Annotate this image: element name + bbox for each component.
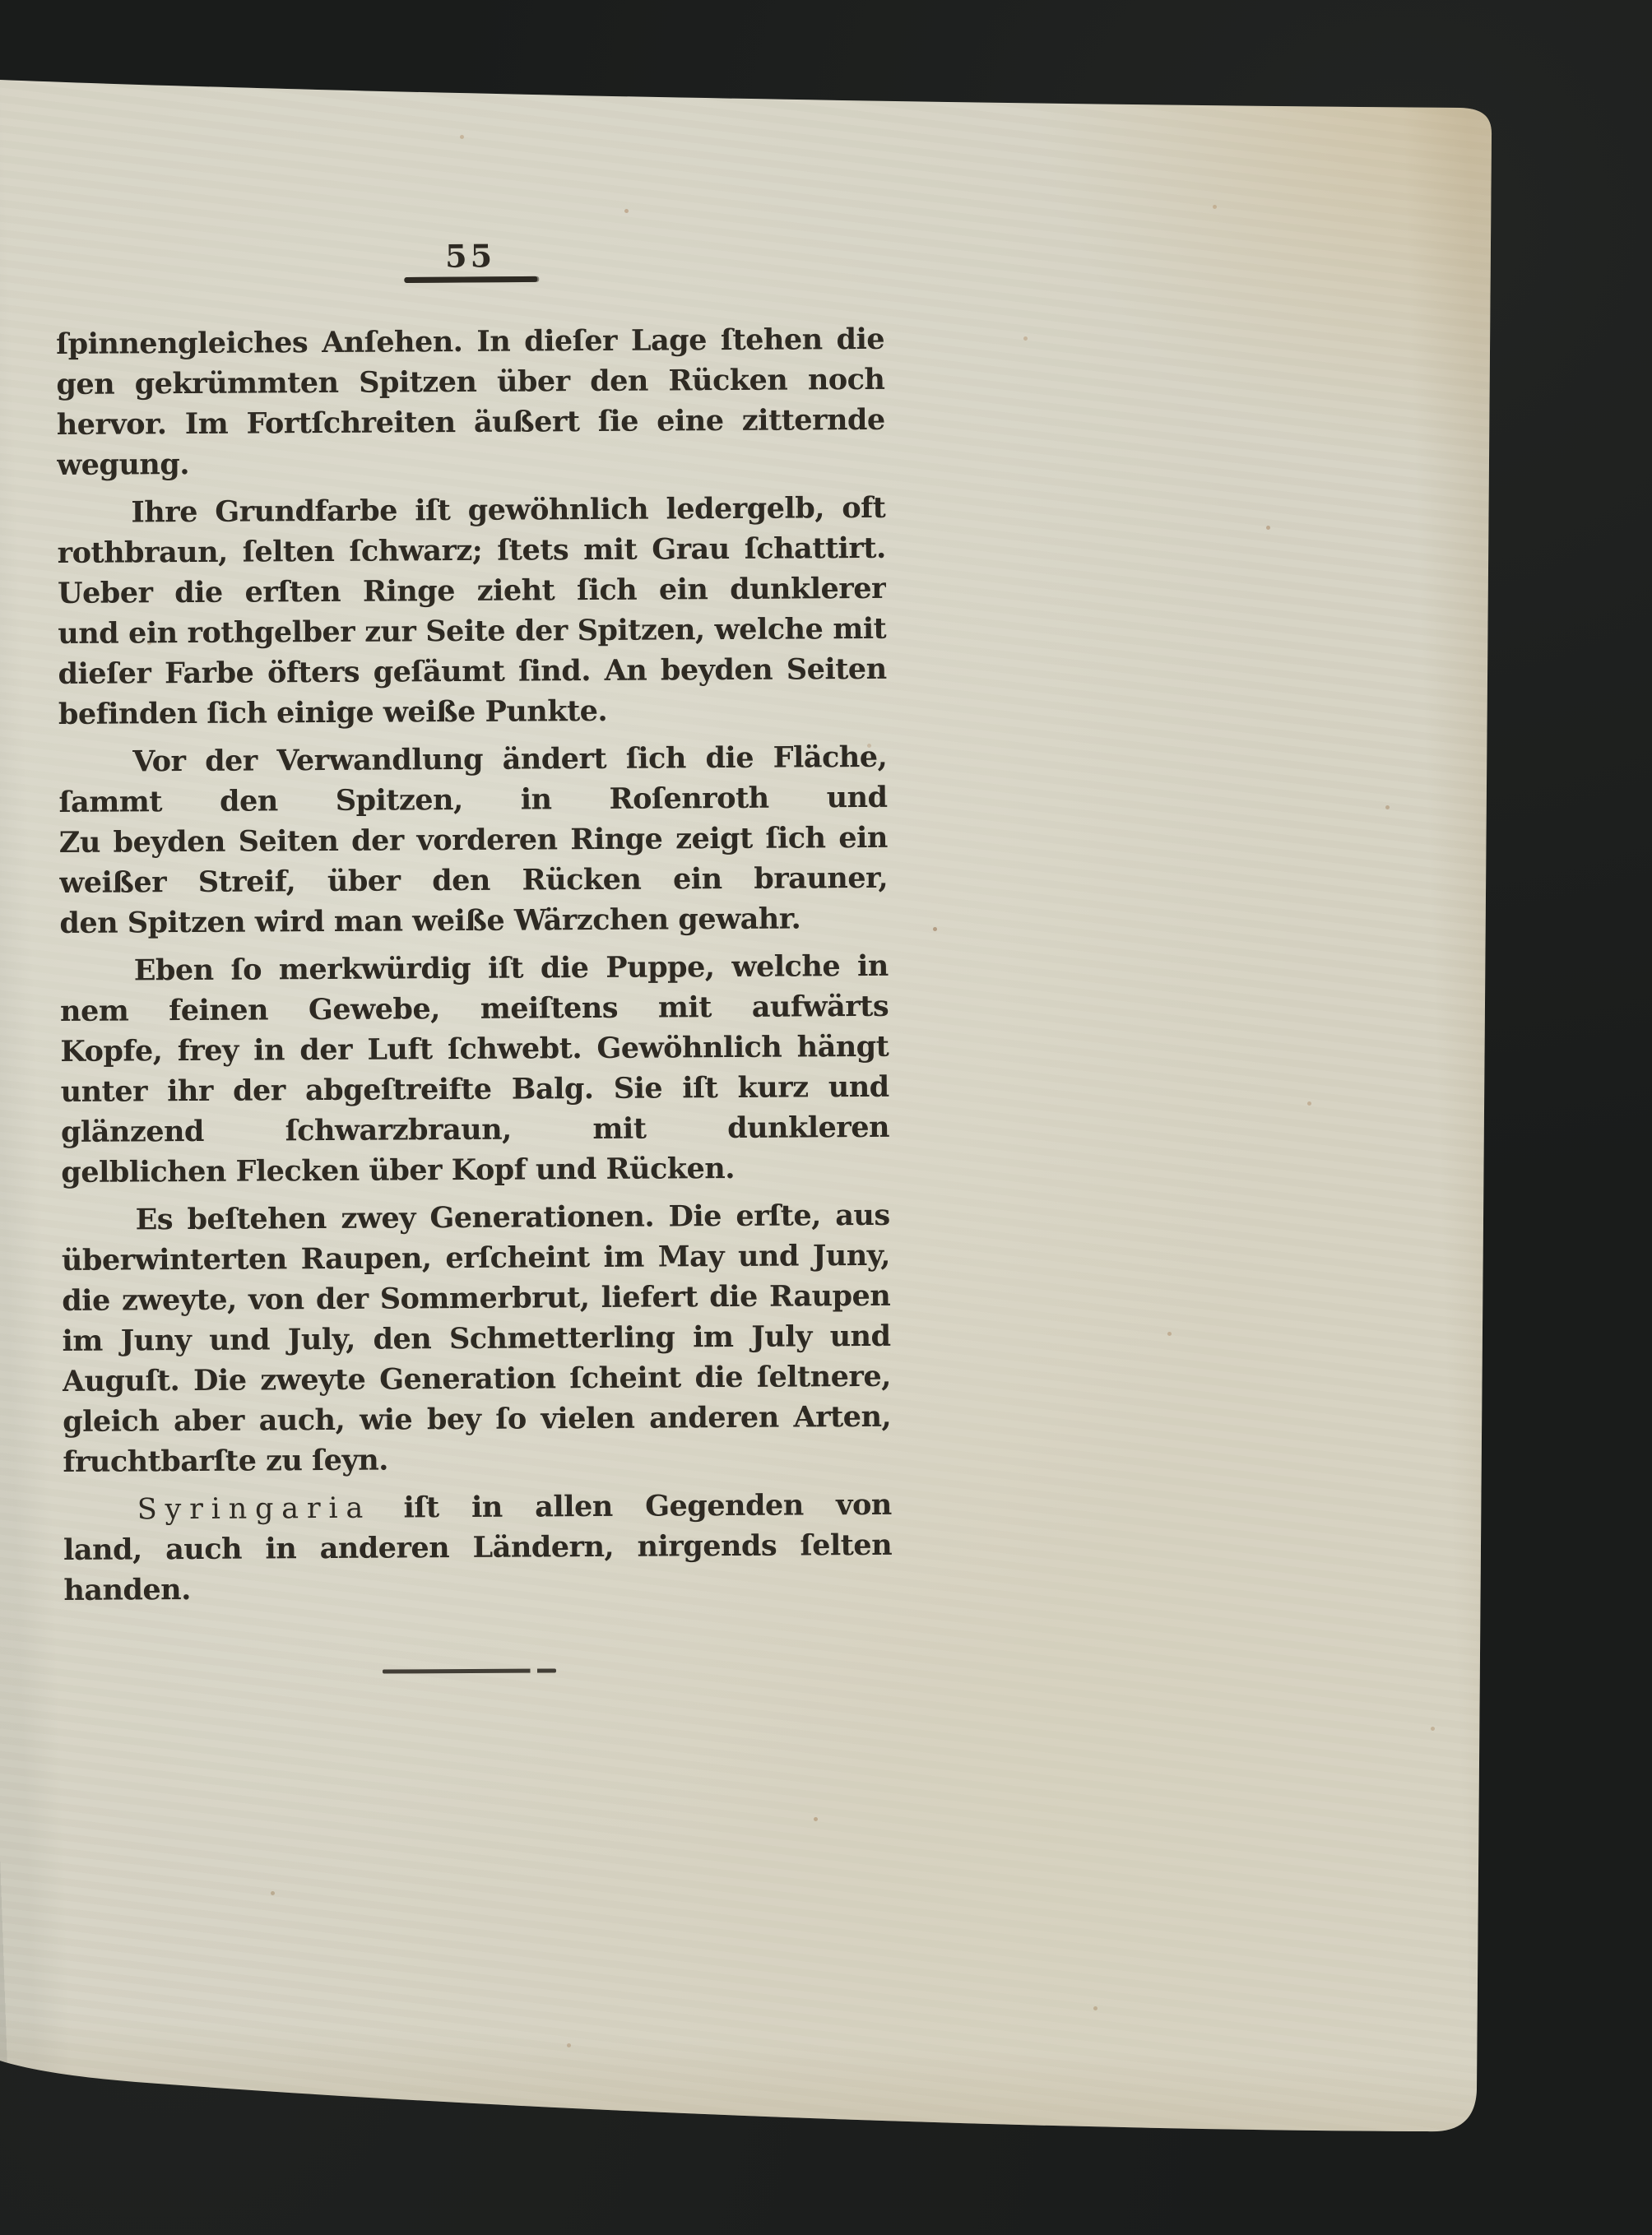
text-line: gelblichen Flecken über Kopf und Rücken. — [61, 1148, 889, 1193]
text-line: Ihre Grundfarbe iſt gewöhnlich ledergelb… — [57, 488, 885, 533]
text-line: hervor. Im Fortſchreiten äußert ſie eine… — [57, 400, 885, 445]
text-line: Ueber die erſten Ringe zieht ſich ein du… — [58, 568, 886, 614]
paper-specks — [0, 0, 2, 2]
text-line: und ein rothgelber zur Seite der Spitzen… — [58, 609, 886, 654]
page-header: 55 — [56, 238, 884, 285]
text-line: fruchtbarſte zu ſeyn. — [63, 1437, 891, 1482]
text-line: überwinterten Raupen, erſcheint im May u… — [62, 1236, 890, 1281]
text-line: Syringaria iſt in allen Gegenden von Deu… — [63, 1485, 892, 1530]
paragraph: ſpinnengleiches Anſehen. In dieſer Lage … — [56, 319, 885, 485]
section-divider — [383, 1668, 556, 1673]
text-line: glänzend ſchwarzbraun, mit dunkleren Sch… — [61, 1107, 889, 1152]
text-line: rothbraun, ſelten ſchwarz; ſtets mit Gra… — [58, 528, 886, 573]
text-line: Vor der Verwandlung ändert ſich die Fläc… — [58, 737, 887, 782]
text-line: dieſer Farbe öfters geſäumt ſind. An bey… — [58, 649, 886, 694]
page-number: 55 — [56, 238, 884, 275]
text-line: ſpinnengleiches Anſehen. In dieſer Lage … — [56, 319, 884, 364]
text-line: den Spitzen wird man weiße Wärzchen gewa… — [59, 898, 888, 944]
text-line: gleich aber auch, wie bey ſo vielen ande… — [63, 1397, 891, 1442]
text-line: nem feinen Gewebe, meiſtens mit aufwärts… — [60, 986, 889, 1032]
text-line: land, auch in anderen Ländern, nirgends … — [63, 1525, 892, 1570]
page-number-rule — [404, 276, 537, 283]
text-line: gen gekrümmten Spitzen über den Rücken n… — [56, 359, 884, 405]
text-line: Es beſtehen zwey Generationen. Die erſte… — [62, 1195, 890, 1240]
text-line: ſammt den Spitzen, in Roſenroth und Pome… — [58, 777, 887, 823]
paragraph: Eben ſo merkwürdig iſt die Puppe, welche… — [60, 946, 890, 1193]
species-name: Syringaria — [137, 1492, 372, 1527]
text-line: Kopfe, frey in der Luft ſchwebt. Gewöhnl… — [60, 1027, 889, 1072]
text-line: weißer Streif, über den Rücken ein braun… — [59, 858, 888, 903]
paragraph: Es beſtehen zwey Generationen. Die erſte… — [62, 1195, 892, 1482]
text-line: unter ihr der abgeſtreifte Balg. Sie iſt… — [61, 1067, 889, 1112]
paragraph: Vor der Verwandlung ändert ſich die Fläc… — [58, 737, 888, 944]
text-line: wegung. — [57, 440, 885, 485]
text-line: befinden ſich einige weiße Punkte. — [58, 689, 887, 735]
text-line: Auguſt. Die zweyte Generation ſcheint di… — [63, 1356, 891, 1402]
text-line: die zweyte, von der Sommerbrut, liefert … — [62, 1276, 890, 1321]
text-line: Zu beyden Seiten der vorderen Ringe zeig… — [59, 818, 888, 863]
text-line: handen. — [63, 1565, 892, 1611]
paragraph: Syringaria iſt in allen Gegenden von Deu… — [63, 1485, 893, 1611]
paragraph: Ihre Grundfarbe iſt gewöhnlich ledergelb… — [57, 488, 887, 735]
text-line: im Juny und July, den Schmetterling im J… — [62, 1316, 890, 1361]
book-page: 55 ſpinnengleiches Anſehen. In dieſer La… — [0, 0, 1497, 2139]
text-block: ſpinnengleiches Anſehen. In dieſer Lage … — [56, 319, 893, 1611]
text-line: Eben ſo merkwürdig iſt die Puppe, welche… — [60, 946, 889, 991]
